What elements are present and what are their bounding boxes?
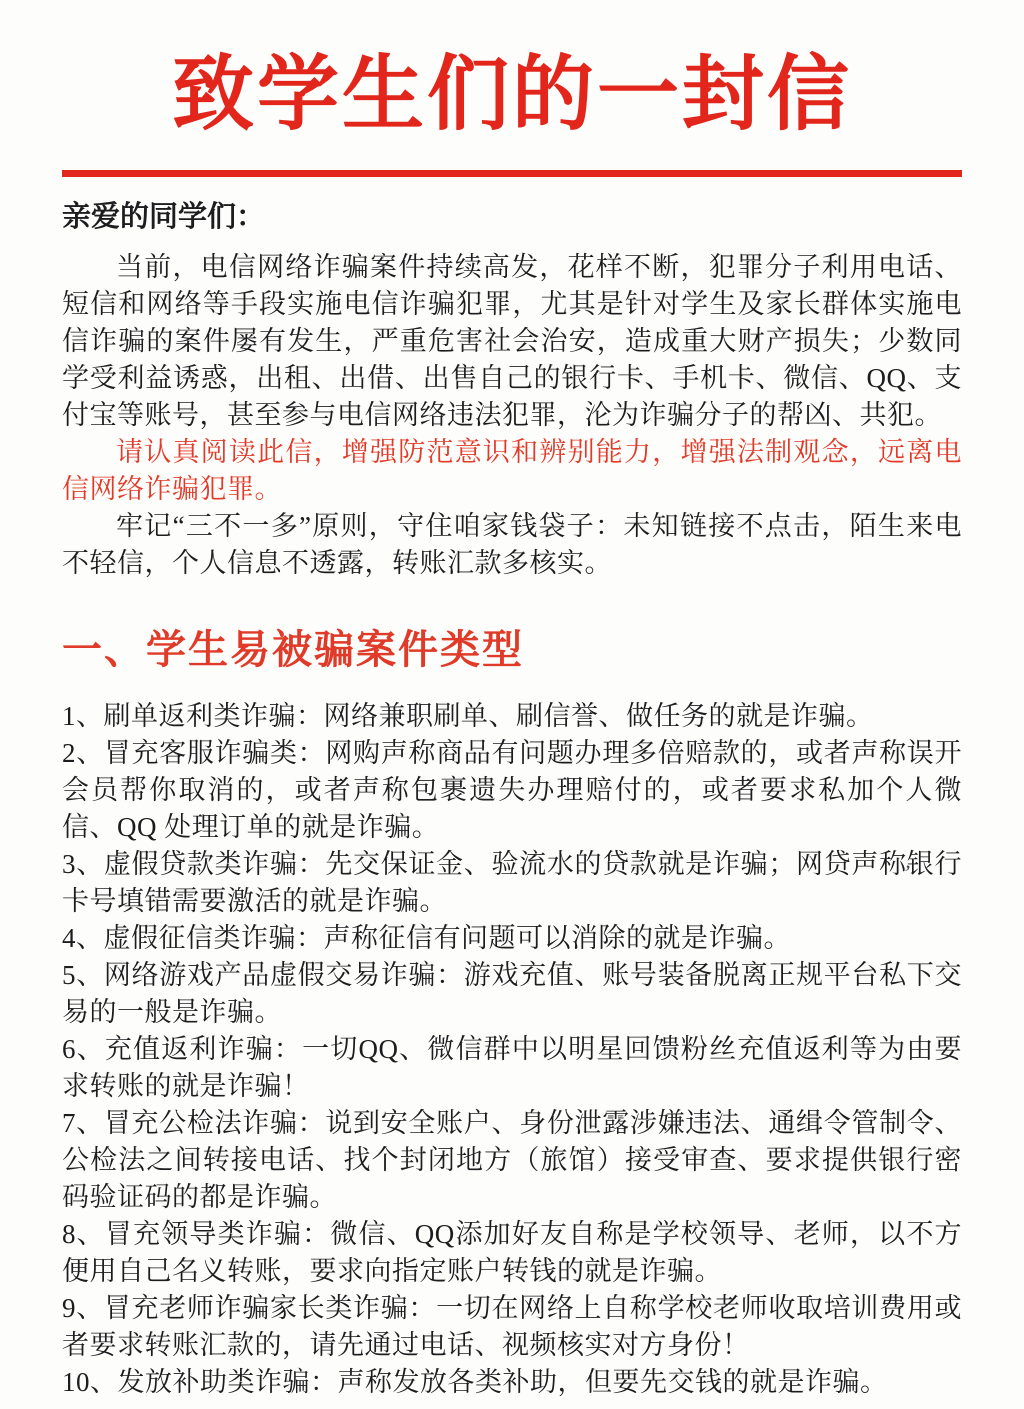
section-heading-fraud-types: 一、学生易被骗案件类型 xyxy=(62,626,962,674)
fraud-item-7: 7、冒充公检法诈骗：说到安全账户、身份泄露涉嫌违法、通缉令管制令、公检法之间转接… xyxy=(62,1105,962,1216)
fraud-item-10: 10、发放补助类诈骗：声称发放各类补助，但要先交钱的就是诈骗。 xyxy=(62,1364,962,1401)
fraud-item-3: 3、虚假贷款类诈骗：先交保证金、验流水的贷款就是诈骗；网贷声称银行卡号填错需要激… xyxy=(62,846,962,920)
title-divider xyxy=(62,170,962,177)
principle-paragraph: 牢记“三不一多”原则，守住咱家钱袋子：未知链接不点击，陌生来电不轻信，个人信息不… xyxy=(62,508,962,582)
intro-paragraph: 当前，电信网络诈骗案件持续高发，花样不断，犯罪分子利用电话、短信和网络等手段实施… xyxy=(62,249,962,434)
warning-paragraph: 请认真阅读此信，增强防范意识和辨别能力，增强法制观念，远离电信网络诈骗犯罪。 xyxy=(62,434,962,508)
fraud-item-1: 1、刷单返利类诈骗：网络兼职刷单、刷信誉、做任务的就是诈骗。 xyxy=(62,698,962,735)
fraud-item-2: 2、冒充客服诈骗类：网购声称商品有问题办理多倍赔款的，或者声称误开会员帮你取消的… xyxy=(62,735,962,846)
fraud-item-8: 8、冒充领导类诈骗：微信、QQ添加好友自称是学校领导、老师，以不方便用自己名义转… xyxy=(62,1216,962,1290)
fraud-item-4: 4、虚假征信类诈骗：声称征信有问题可以消除的就是诈骗。 xyxy=(62,920,962,957)
fraud-item-6: 6、充值返利诈骗：一切QQ、微信群中以明星回馈粉丝充值返利等为由要求转账的就是诈… xyxy=(62,1031,962,1105)
salutation: 亲爱的同学们： xyxy=(62,199,962,235)
fraud-item-5: 5、网络游戏产品虚假交易诈骗：游戏充值、账号装备脱离正规平台私下交易的一般是诈骗… xyxy=(62,957,962,1031)
fraud-item-9: 9、冒充老师诈骗家长类诈骗：一切在网络上自称学校老师收取培训费用或者要求转账汇款… xyxy=(62,1290,962,1364)
letter-page: 致学生们的一封信 亲爱的同学们： 当前，电信网络诈骗案件持续高发，花样不断，犯罪… xyxy=(0,0,1024,1409)
page-title: 致学生们的一封信 xyxy=(62,52,962,138)
